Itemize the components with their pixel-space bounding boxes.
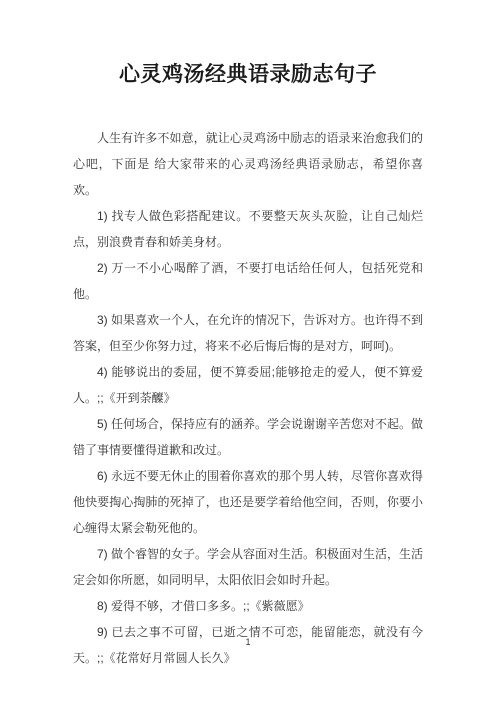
quote-item: 4) 能够说出的委屈，便不算委屈;能够抢走的爱人，便不算爱人。;;《开到荼醾》 [73,359,423,411]
quote-list: 1) 找专人做色彩搭配建议。不要整天灰头灰脸，让自己灿烂点，别浪费青春和娇美身材… [73,203,423,671]
quote-item: 2) 万一不小心喝醉了酒，不要打电话给任何人，包括死党和他。 [73,255,423,307]
page-title: 心灵鸡汤经典语录励志句子 [0,0,496,88]
document-page: 心灵鸡汤经典语录励志句子 人生有许多不如意，就让心灵鸡汤中励志的语录来治愈我们的… [0,0,496,702]
quote-item: 7) 做个睿智的女子。学会从容面对生活。积极面对生活，生活定会如你所愿，如同明早… [73,541,423,593]
quote-item: 3) 如果喜欢一个人，在允许的情况下，告诉对方。也许得不到答案，但至少你努力过，… [73,307,423,359]
intro-paragraph: 人生有许多不如意，就让心灵鸡汤中励志的语录来治愈我们的心吧，下面是 给大家带来的… [73,125,423,203]
quote-item: 6) 永远不要无休止的围着你喜欢的那个男人转，尽管你喜欢得他快要掏心掏肺的死掉了… [73,463,423,541]
page-number-label: 1 [0,636,496,648]
quote-item: 5) 任何场合，保持应有的涵养。学会说谢谢辛苦您对不起。做错了事情要懂得道歉和改… [73,411,423,463]
document-body: 人生有许多不如意，就让心灵鸡汤中励志的语录来治愈我们的心吧，下面是 给大家带来的… [73,125,423,671]
quote-item: 1) 找专人做色彩搭配建议。不要整天灰头灰脸，让自己灿烂点，别浪费青春和娇美身材… [73,203,423,255]
quote-item: 8) 爱得不够，才借口多多。;;《紫薇愿》 [73,593,423,619]
